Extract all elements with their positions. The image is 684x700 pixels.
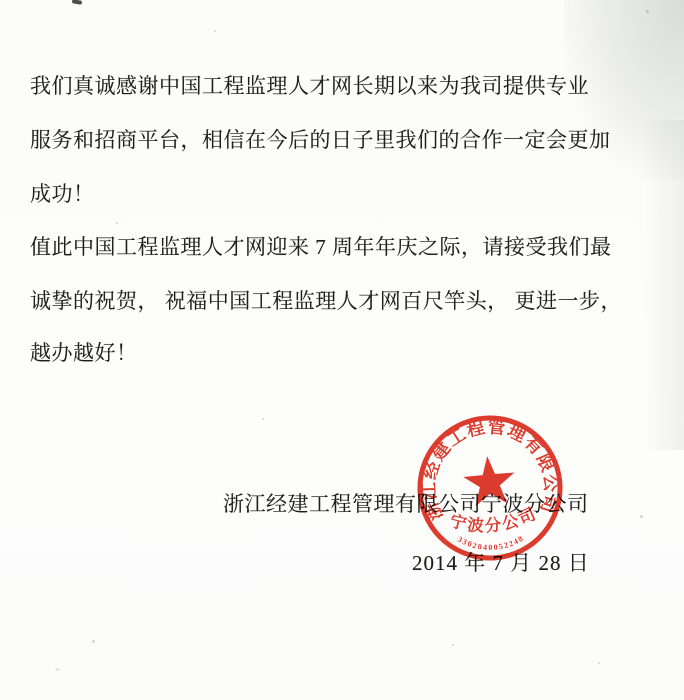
body-line-1: 我们真诚感谢中国工程监理人才网长期以来为我司提供专业 <box>30 73 589 99</box>
company-seal: 浙江经建工程管理有限公司 宁波分公司 3302040052248 <box>392 390 587 585</box>
scan-artifact <box>646 10 649 13</box>
star-icon <box>462 454 517 507</box>
body-line-3: 成功！ <box>30 181 95 207</box>
seal-branch-text-path: 宁波分公司 <box>446 503 541 539</box>
scan-artifact <box>214 30 216 32</box>
scanned-letter-page: 我们真诚感谢中国工程监理人才网长期以来为我司提供专业 服务和招商平台，相信在今后… <box>0 0 684 700</box>
body-line-4: 值此中国工程监理人才网迎来 7 周年年庆之际，请接受我们最 <box>30 234 612 260</box>
body-line-2: 服务和招商平台，相信在今后的日子里我们的合作一定会更加 <box>30 127 611 153</box>
scan-artifact <box>92 640 95 643</box>
seal-branch-text: 宁波分公司 <box>446 503 541 539</box>
body-line-5: 诚挚的祝贺， 祝福中国工程监理人才网百尺竿头， 更进一步， <box>30 288 622 314</box>
scan-artifact <box>116 222 118 224</box>
scan-artifact <box>72 0 83 5</box>
scan-artifact <box>55 668 60 671</box>
body-line-6: 越办越好！ <box>30 340 138 366</box>
scan-shadow-right-edge <box>642 120 684 450</box>
scan-artifact <box>262 418 264 420</box>
scan-artifact <box>452 644 454 646</box>
scan-artifact <box>598 662 600 664</box>
scan-artifact <box>640 515 643 518</box>
company-seal-graphic: 浙江经建工程管理有限公司 宁波分公司 3302040052248 <box>392 390 587 585</box>
